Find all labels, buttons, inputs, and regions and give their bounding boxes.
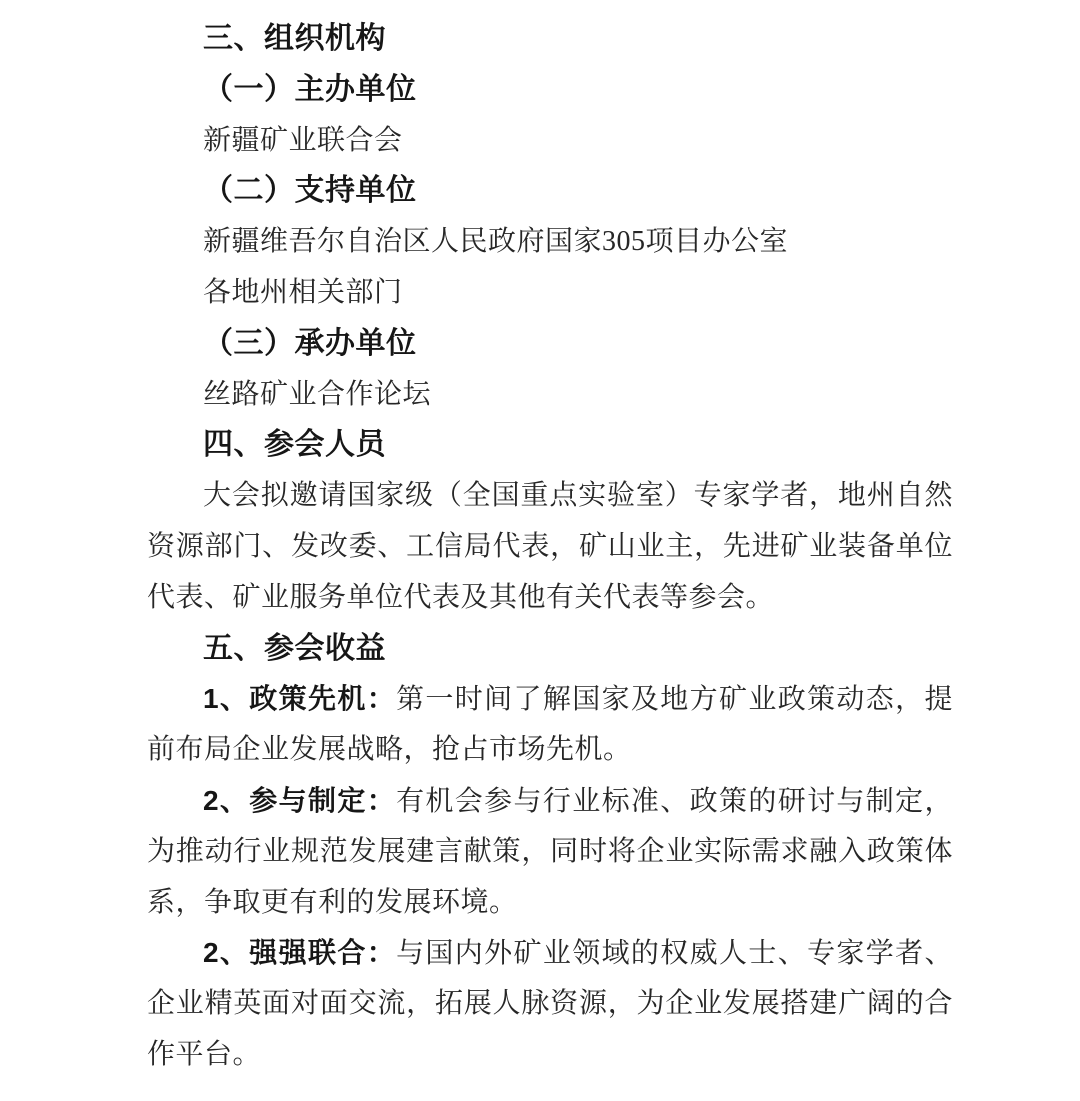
text-run: 大会拟邀请国家级（全国重点实验室）专家学者，地州自然: [203, 480, 953, 511]
heading-line: 三、组织机构: [147, 14, 953, 65]
text-run: 丝路矿业合作论坛: [203, 379, 431, 410]
heading-line: （二）支持单位: [147, 166, 953, 217]
heading-line: 四、参会人员: [147, 420, 953, 471]
text-run: 新疆矿业联合会: [203, 125, 403, 156]
text-run: 系，争取更有利的发展环境。: [147, 887, 518, 918]
text-run: 三、组织机构: [203, 22, 386, 55]
body-line: 企业精英面对面交流，拓展人脉资源，为企业发展搭建广阔的合: [147, 979, 953, 1030]
text-run: 为推动行业规范发展建言献策，同时将企业实际需求融入政策体: [147, 836, 953, 867]
text-run: 2、参与制定：: [203, 785, 396, 816]
text-run: 企业精英面对面交流，拓展人脉资源，为企业发展搭建广阔的合: [147, 988, 953, 1019]
heading-line: （一）主办单位: [147, 65, 953, 116]
text-run: 有机会参与行业标准、政策的研讨与制定，: [396, 786, 953, 817]
body-line: 系，争取更有利的发展环境。: [147, 878, 953, 929]
text-run: （一）主办单位: [203, 73, 417, 106]
heading-line: 五、参会收益: [147, 624, 953, 675]
body-line: 作平台。: [147, 1030, 953, 1081]
heading-line: （三）承办单位: [147, 319, 953, 370]
body-line: 丝路矿业合作论坛: [147, 370, 953, 421]
text-run: 2、强强联合：: [203, 937, 396, 968]
document-text-block: 三、组织机构（一）主办单位新疆矿业联合会（二）支持单位新疆维吾尔自治区人民政府国…: [147, 14, 953, 1081]
body-line: 各地州相关部门: [147, 268, 953, 319]
text-run: 作平台。: [147, 1039, 261, 1070]
text-run: 五、参会收益: [203, 632, 386, 665]
text-run: 第一时间了解国家及地方矿业政策动态，提: [396, 684, 953, 715]
text-run: （三）承办单位: [203, 327, 417, 360]
text-run: 新疆维吾尔自治区人民政府国家305项目办公室: [203, 226, 788, 257]
text-run: 四、参会人员: [203, 428, 386, 461]
body-line: 2、强强联合：与国内外矿业领域的权威人士、专家学者、: [147, 928, 953, 979]
text-run: 前布局企业发展战略，抢占市场先机。: [147, 734, 632, 765]
body-line: 2、参与制定：有机会参与行业标准、政策的研讨与制定，: [147, 776, 953, 827]
body-line: 为推动行业规范发展建言献策，同时将企业实际需求融入政策体: [147, 827, 953, 878]
body-line: 前布局企业发展战略，抢占市场先机。: [147, 725, 953, 776]
body-line: 1、政策先机：第一时间了解国家及地方矿业政策动态，提: [147, 674, 953, 725]
body-line: 大会拟邀请国家级（全国重点实验室）专家学者，地州自然: [147, 471, 953, 522]
text-run: 代表、矿业服务单位代表及其他有关代表等参会。: [147, 582, 774, 613]
text-run: 各地州相关部门: [203, 277, 403, 308]
body-line: 资源部门、发改委、工信局代表，矿山业主，先进矿业装备单位: [147, 522, 953, 573]
text-run: 资源部门、发改委、工信局代表，矿山业主，先进矿业装备单位: [147, 531, 953, 562]
body-line: 新疆矿业联合会: [147, 116, 953, 167]
document-page: 三、组织机构（一）主办单位新疆矿业联合会（二）支持单位新疆维吾尔自治区人民政府国…: [0, 0, 1080, 1101]
text-run: 与国内外矿业领域的权威人士、专家学者、: [396, 938, 953, 969]
text-run: （二）支持单位: [203, 174, 417, 207]
body-line: 代表、矿业服务单位代表及其他有关代表等参会。: [147, 573, 953, 624]
body-line: 新疆维吾尔自治区人民政府国家305项目办公室: [147, 217, 953, 268]
text-run: 1、政策先机：: [203, 683, 396, 714]
